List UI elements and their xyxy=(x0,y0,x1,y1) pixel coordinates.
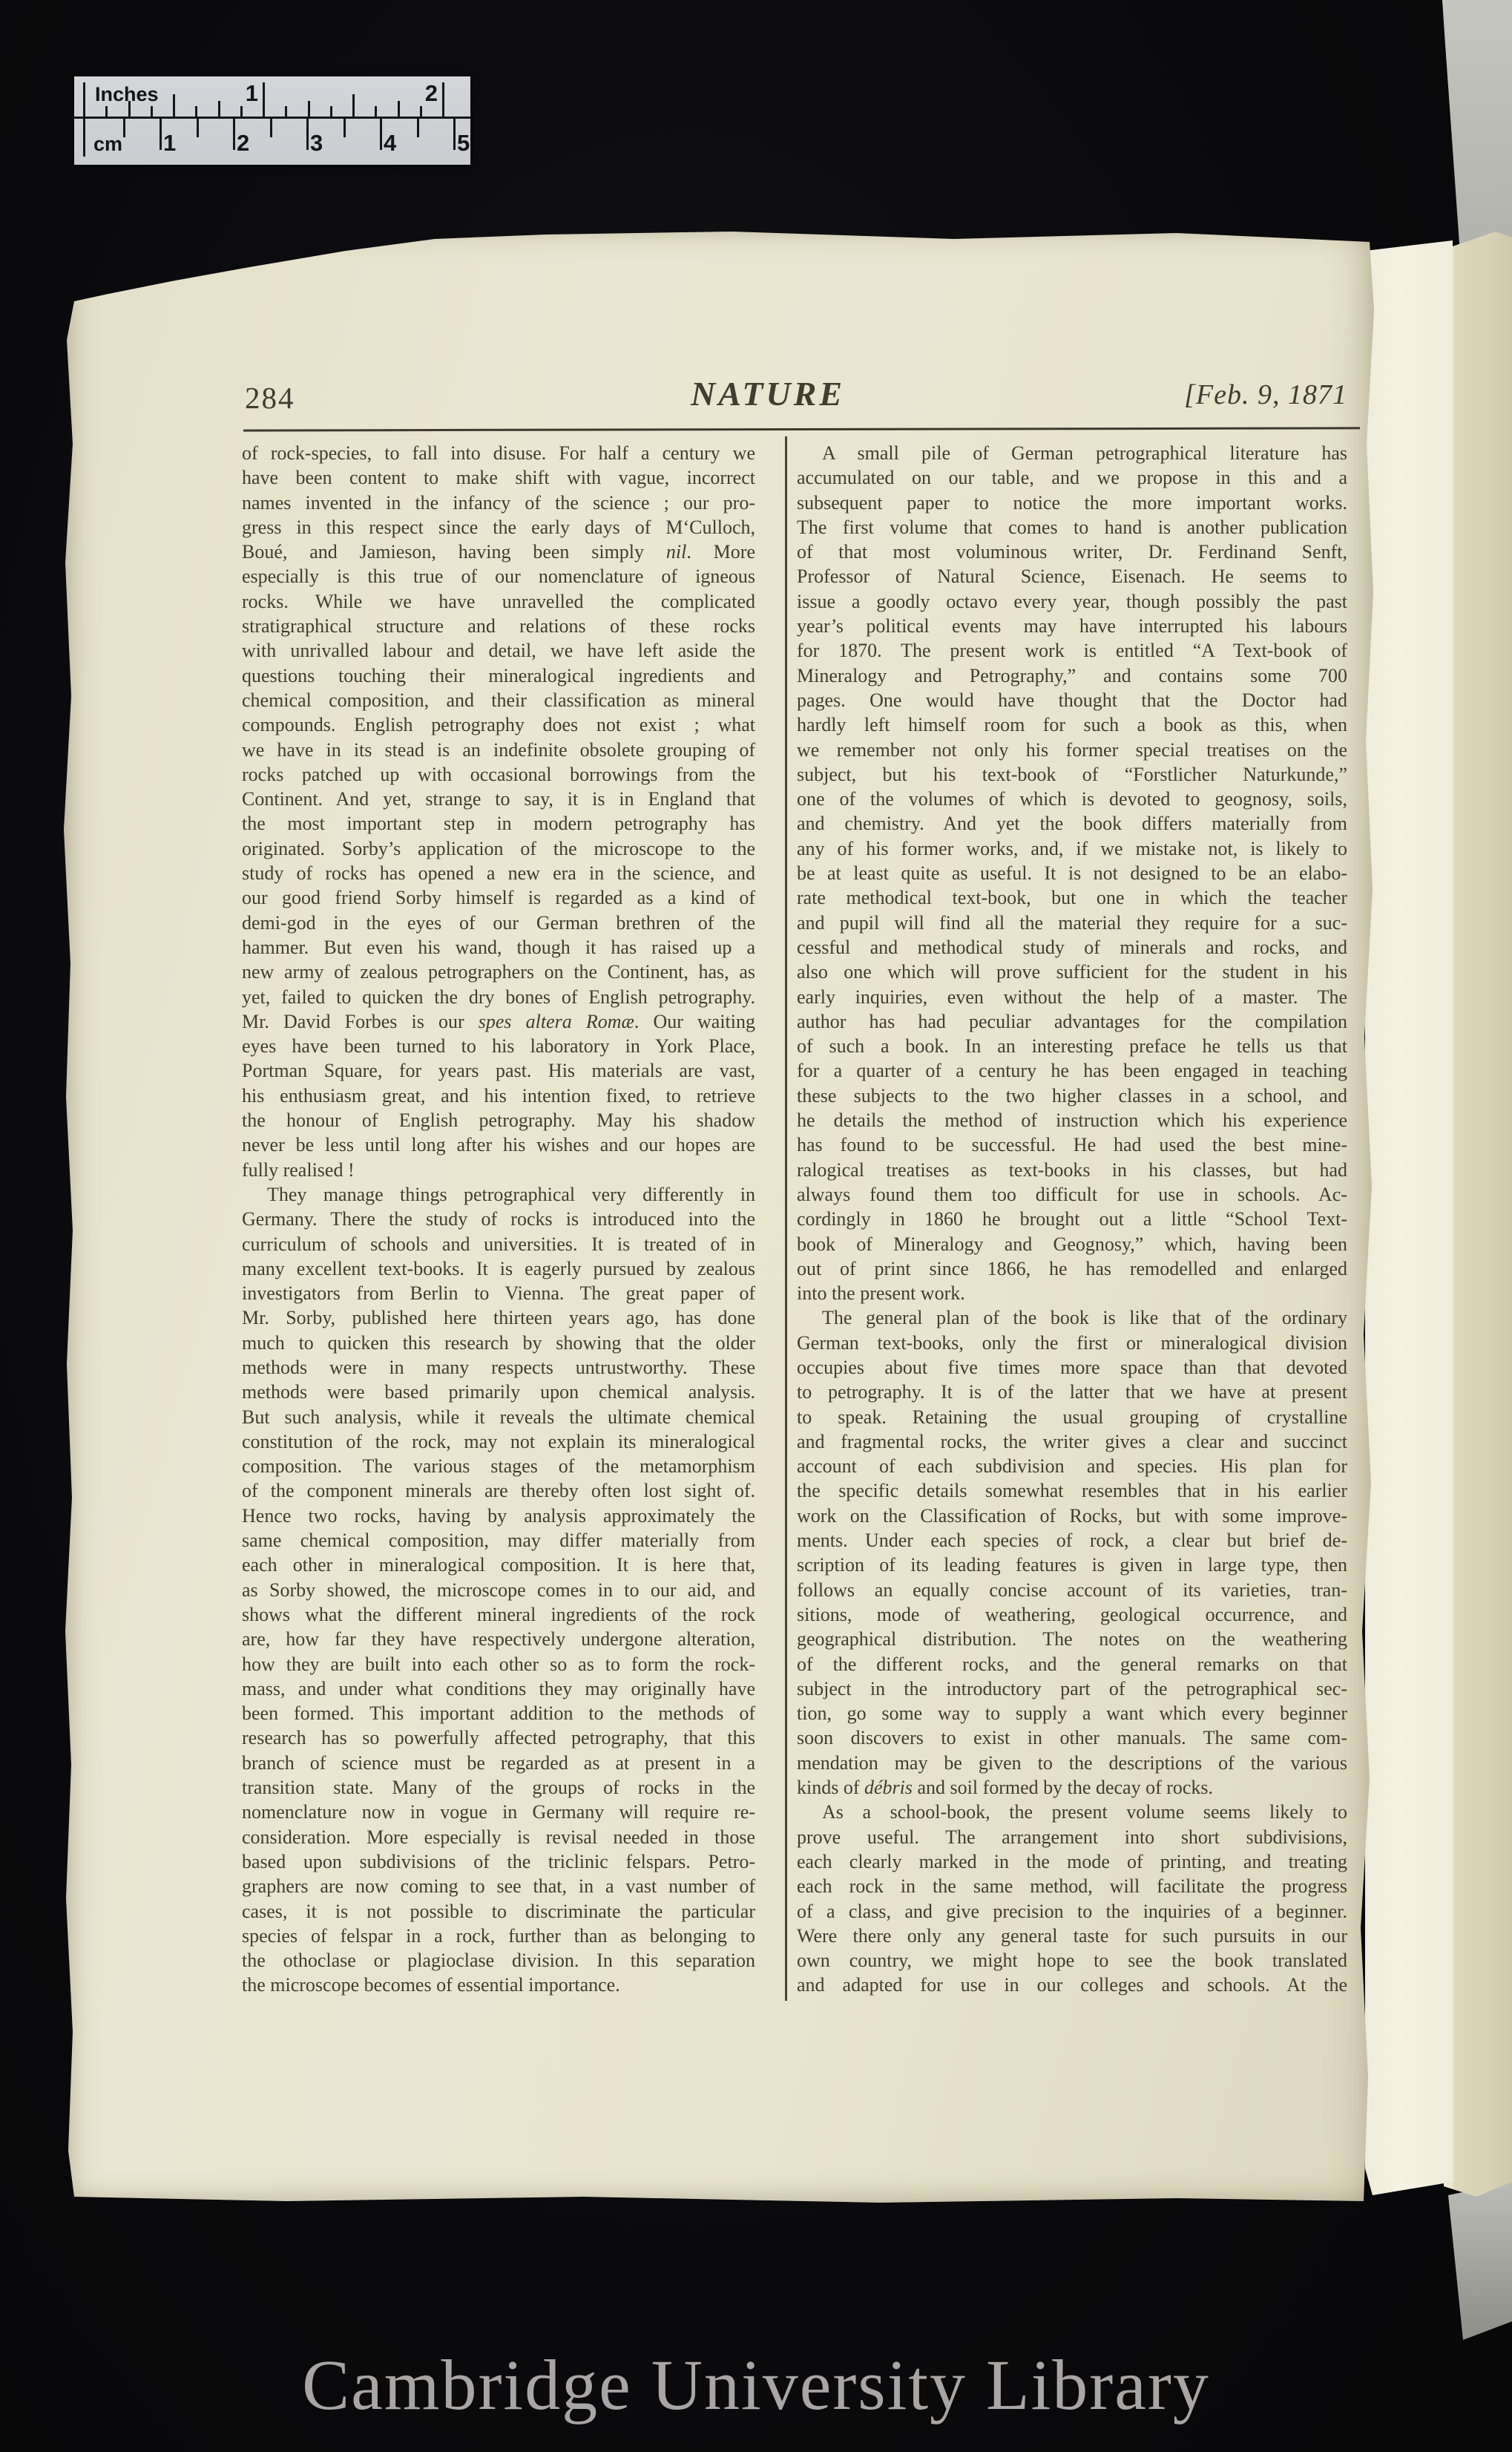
library-watermark: Cambridge University Library xyxy=(0,2344,1512,2426)
ruler-tick xyxy=(197,119,199,137)
text-line: author has had peculiar advantages for t… xyxy=(797,1009,1347,1034)
text-line: mass, and under what conditions they may… xyxy=(242,1676,755,1701)
text-line: we remember not only his former special … xyxy=(797,738,1347,762)
text-line: Continent. And yet, strange to say, it i… xyxy=(242,787,755,811)
text-line: consideration. More especially is revisa… xyxy=(242,1825,755,1849)
ruler-tick xyxy=(352,94,355,117)
ruler-tick xyxy=(173,94,175,117)
text-line: demi-god in the eyes of our German breth… xyxy=(242,911,755,935)
text-line: for 1870. The present work is entitled “… xyxy=(797,638,1347,663)
ruler-tick xyxy=(128,101,131,117)
ruler-tick xyxy=(263,82,265,117)
text-line: and adapted for use in our colleges and … xyxy=(797,1973,1347,1997)
text-line: kinds of débris and soil formed by the d… xyxy=(797,1775,1347,1800)
text-line: shows what the different mineral ingredi… xyxy=(242,1602,755,1627)
ruler-tick xyxy=(380,119,382,150)
underlying-page-edge xyxy=(1365,239,1453,2195)
ruler-tick xyxy=(160,119,162,150)
text-line: how they are built into each other so as… xyxy=(242,1652,755,1676)
text-line: follows an equally concise account of it… xyxy=(797,1578,1347,1602)
ruler-cm-label: cm xyxy=(93,133,122,156)
left-text-column: of rock-species, to fall into disuse. Fo… xyxy=(242,441,755,1998)
text-line: the othoclase or plagioclase division. I… xyxy=(242,1948,755,1973)
text-line: ralogical treatises as text-books in his… xyxy=(797,1158,1347,1182)
text-line: the microscope becomes of essential impo… xyxy=(242,1973,755,1997)
text-line: questions touching their mineralogical i… xyxy=(242,663,755,688)
text-line: rocks patched up with occasional borrowi… xyxy=(242,762,755,787)
ruler-number: 1 xyxy=(233,80,258,107)
text-line: Mineralogy and Petrography,” and contain… xyxy=(797,663,1347,688)
ruler-tick xyxy=(218,101,220,117)
ruler-tick xyxy=(398,101,400,117)
text-line: based upon subdivisions of the triclinic… xyxy=(242,1849,755,1874)
text-line: year’s political events may have interru… xyxy=(797,614,1347,638)
text-line: nomenclature now in vogue in Germany wil… xyxy=(242,1800,755,1824)
ruler-end-tick xyxy=(83,82,85,157)
text-line: investigators from Berlin to Vienna. The… xyxy=(242,1281,755,1305)
text-line: accumulated on our table, and we propose… xyxy=(797,465,1347,490)
text-line: has found to be successful. He had used … xyxy=(797,1132,1347,1157)
text-line: rate methodical text-book, but one in wh… xyxy=(797,885,1347,910)
ruler-tick xyxy=(420,106,422,117)
ruler-number: 1 xyxy=(163,130,176,157)
text-line: we have in its stead is an indefinite ob… xyxy=(242,738,755,762)
text-line: But such analysis, while it reveals the … xyxy=(242,1405,755,1429)
backing-surface-bottom-right xyxy=(1438,2180,1512,2340)
text-line: account of each subdivision and species.… xyxy=(797,1454,1347,1478)
text-line: never be less until long after his wishe… xyxy=(242,1132,755,1157)
text-line: same chemical composition, may differ ma… xyxy=(242,1528,755,1553)
text-line: transition state. Many of the groups of … xyxy=(242,1775,755,1800)
text-line: A small pile of German petrographical li… xyxy=(797,441,1347,465)
ruler-baseline xyxy=(74,117,470,119)
ruler-tick xyxy=(344,119,346,137)
text-line: soon discovers to exist in other manuals… xyxy=(797,1725,1347,1750)
text-line: methods were in many respects untrustwor… xyxy=(242,1355,755,1380)
text-line: these subjects to the two higher classes… xyxy=(797,1084,1347,1108)
text-line: graphers are now coming to see that, in … xyxy=(242,1874,755,1898)
text-line: also one which will prove sufficient for… xyxy=(797,960,1347,984)
book-fore-edge xyxy=(1444,232,1512,2197)
text-line: are, how far they have respectively unde… xyxy=(242,1627,755,1651)
text-line: eyes have been turned to his laboratory … xyxy=(242,1034,755,1058)
ruler-number: 2 xyxy=(412,80,438,107)
text-line: each clearly marked in the mode of print… xyxy=(797,1849,1347,1874)
ruler-tick xyxy=(151,106,153,117)
text-line: any of his former works, and, if we mist… xyxy=(797,836,1347,861)
text-line: prove useful. The arrangement into short… xyxy=(797,1825,1347,1849)
text-line: cessful and methodical study of minerals… xyxy=(797,935,1347,960)
text-line: much to quicken this research by showing… xyxy=(242,1331,755,1355)
text-line: book of Mineralogy and Geognosy,” which,… xyxy=(797,1232,1347,1256)
text-line: and pupil will find all the material the… xyxy=(797,911,1347,935)
text-line: new army of zealous petrographers on the… xyxy=(242,960,755,984)
text-line: cordingly in 1860 he brought out a littl… xyxy=(797,1207,1347,1231)
text-line: names invented in the infancy of the sci… xyxy=(242,491,755,515)
text-line: into the present work. xyxy=(797,1281,1347,1305)
text-line: They manage things petrographical very d… xyxy=(242,1182,755,1207)
text-line: The general plan of the book is like tha… xyxy=(797,1305,1347,1330)
text-line: issue a goodly octavo every year, though… xyxy=(797,589,1347,614)
text-line: each other in mineralogical composition.… xyxy=(242,1553,755,1577)
text-line: tion, go some way to supply a want which… xyxy=(797,1701,1347,1725)
text-line: many excellent text-books. It is eagerly… xyxy=(242,1256,755,1281)
ruler-inches-label: Inches xyxy=(95,83,159,106)
text-line: especially is this true of our nomenclat… xyxy=(242,564,755,589)
text-line: originated. Sorby’s application of the m… xyxy=(242,836,755,861)
ruler-tick xyxy=(330,106,332,117)
text-line: research has so powerfully affected petr… xyxy=(242,1725,755,1750)
text-line: Boué, and Jamieson, having been simply n… xyxy=(242,540,755,564)
text-line: fully realised ! xyxy=(242,1158,755,1182)
text-line: chemical composition, and their classifi… xyxy=(242,688,755,712)
issue-date: [Feb. 9, 1871 xyxy=(1184,378,1347,411)
ruler-tick xyxy=(442,82,444,117)
text-line: the specific details somewhat resembles … xyxy=(797,1478,1347,1503)
text-line: he details the method of instruction whi… xyxy=(797,1108,1347,1132)
scanned-page-photo: { "header": { "page_number": "284", "jou… xyxy=(0,0,1512,2452)
text-line: Mr. Sorby, published here thirteen years… xyxy=(242,1305,755,1330)
column-divider-rule xyxy=(785,436,787,2001)
ruler-tick xyxy=(195,106,197,117)
text-line: methods were based primarily upon chemic… xyxy=(242,1380,755,1404)
text-line: hammer. But even his wand, though it has… xyxy=(242,935,755,960)
ruler-tick xyxy=(306,119,309,150)
text-line: of the component minerals are thereby of… xyxy=(242,1478,755,1503)
text-line: Germany. There the study of rocks is int… xyxy=(242,1207,755,1231)
text-line: study of rocks has opened a new era in t… xyxy=(242,861,755,885)
text-line: and chemistry. And yet the book differs … xyxy=(797,811,1347,836)
text-line: with unrivalled labour and detail, we ha… xyxy=(242,638,755,663)
text-line: ments. Under each species of rock, a cle… xyxy=(797,1528,1347,1553)
text-line: each rock in the same method, will facil… xyxy=(797,1874,1347,1898)
text-line: cases, it is not possible to discriminat… xyxy=(242,1899,755,1924)
text-line: one of the volumes of which is devoted t… xyxy=(797,787,1347,811)
text-line: subject, but his text-book of “Forstlich… xyxy=(797,762,1347,787)
text-line: scription of its leading features is giv… xyxy=(797,1553,1347,1577)
ruler-tick xyxy=(285,106,287,117)
text-line: pages. One would have thought that the D… xyxy=(797,688,1347,712)
text-line: composition. The various stages of the m… xyxy=(242,1454,755,1478)
ruler-tick xyxy=(375,106,377,117)
text-line: as Sorby showed, the microscope comes in… xyxy=(242,1578,755,1602)
ruler-number: 3 xyxy=(310,130,323,157)
text-line: out of print since 1866, he has remodell… xyxy=(797,1256,1347,1281)
ruler-tick xyxy=(417,119,419,137)
photographed-ruler: Inches cm 1212345 xyxy=(74,76,470,165)
text-line: yet, failed to quicken the dry bones of … xyxy=(242,985,755,1009)
page-number: 284 xyxy=(245,380,295,416)
journal-page: 284 NATURE [Feb. 9, 1871 of rock-species… xyxy=(64,221,1375,2204)
ruler-number: 5 xyxy=(457,130,470,157)
text-line: German text-books, only the first or min… xyxy=(797,1331,1347,1355)
text-line: sitions, mode of weathering, geological … xyxy=(797,1602,1347,1627)
text-line: gress in this respect since the early da… xyxy=(242,515,755,540)
text-line: curriculum of schools and universities. … xyxy=(242,1232,755,1256)
ruler-tick xyxy=(105,106,108,117)
text-line: stratigraphical structure and relations … xyxy=(242,614,755,638)
text-line: of such a book. In an interesting prefac… xyxy=(797,1034,1347,1058)
text-line: Professor of Natural Science, Eisenach. … xyxy=(797,564,1347,589)
text-line: to speak. Retaining the usual grouping o… xyxy=(797,1405,1347,1429)
text-line: of rock-species, to fall into disuse. Fo… xyxy=(242,441,755,465)
text-line: been formed. This important addition to … xyxy=(242,1701,755,1725)
text-line: of a class, and give precision to the in… xyxy=(797,1899,1347,1924)
text-line: geographical distribution. The notes on … xyxy=(797,1627,1347,1651)
text-line: As a school-book, the present volume see… xyxy=(797,1800,1347,1824)
text-line: branch of science must be regarded as at… xyxy=(242,1751,755,1775)
text-line: his enthusiasm great, and his intention … xyxy=(242,1084,755,1108)
text-line: the honour of English petrography. May h… xyxy=(242,1108,755,1132)
text-line: subsequent paper to notice the more impo… xyxy=(797,491,1347,515)
text-line: and fragmental rocks, the writer gives a… xyxy=(797,1429,1347,1454)
ruler-tick xyxy=(308,101,310,117)
text-line: our good friend Sorby himself is regarde… xyxy=(242,885,755,910)
text-line: constitution of the rock, may not explai… xyxy=(242,1429,755,1454)
header-rule xyxy=(243,427,1360,431)
ruler-tick xyxy=(270,119,272,137)
text-line: for a quarter of a century he has been e… xyxy=(797,1058,1347,1083)
text-line: of the different rocks, and the general … xyxy=(797,1652,1347,1676)
ruler-number: 4 xyxy=(384,130,396,157)
text-line: Hence two rocks, having by analysis appr… xyxy=(242,1504,755,1528)
backing-surface-top-right xyxy=(1432,0,1512,254)
text-line: occupies about five times more space tha… xyxy=(797,1355,1347,1380)
text-line: be at least quite as useful. It is not d… xyxy=(797,861,1347,885)
text-line: subject in the introductory part of the … xyxy=(797,1676,1347,1701)
text-line: to petrography. It is of the latter that… xyxy=(797,1380,1347,1404)
text-line: The first volume that comes to hand is a… xyxy=(797,515,1347,540)
text-line: have been content to make shift with vag… xyxy=(242,465,755,490)
text-line: own country, we might hope to see the bo… xyxy=(797,1948,1347,1973)
text-line: hardly left himself room for such a book… xyxy=(797,712,1347,737)
text-line: Portman Square, for years past. His mate… xyxy=(242,1058,755,1083)
text-line: Were there only any general taste for su… xyxy=(797,1924,1347,1948)
ruler-tick xyxy=(240,106,243,117)
text-line: species of felspar in a rock, further th… xyxy=(242,1924,755,1948)
ruler-tick xyxy=(233,119,235,150)
text-line: always found them too difficult for use … xyxy=(797,1182,1347,1207)
ruler-tick xyxy=(123,119,125,137)
ruler-number: 2 xyxy=(237,130,249,157)
text-line: early inquiries, even without the help o… xyxy=(797,985,1347,1009)
ruler-tick xyxy=(453,119,456,150)
text-line: the most important step in modern petrog… xyxy=(242,811,755,836)
text-line: Mr. David Forbes is our spes altera Romæ… xyxy=(242,1009,755,1034)
text-line: compounds. English petrography does not … xyxy=(242,712,755,737)
journal-title: NATURE xyxy=(657,374,879,413)
text-line: of that most voluminous writer, Dr. Ferd… xyxy=(797,540,1347,564)
text-line: rocks. While we have unravelled the comp… xyxy=(242,589,755,614)
text-line: mendation may be given to the descriptio… xyxy=(797,1751,1347,1775)
right-text-column: A small pile of German petrographical li… xyxy=(797,441,1347,1998)
text-line: work on the Classification of Rocks, but… xyxy=(797,1504,1347,1528)
